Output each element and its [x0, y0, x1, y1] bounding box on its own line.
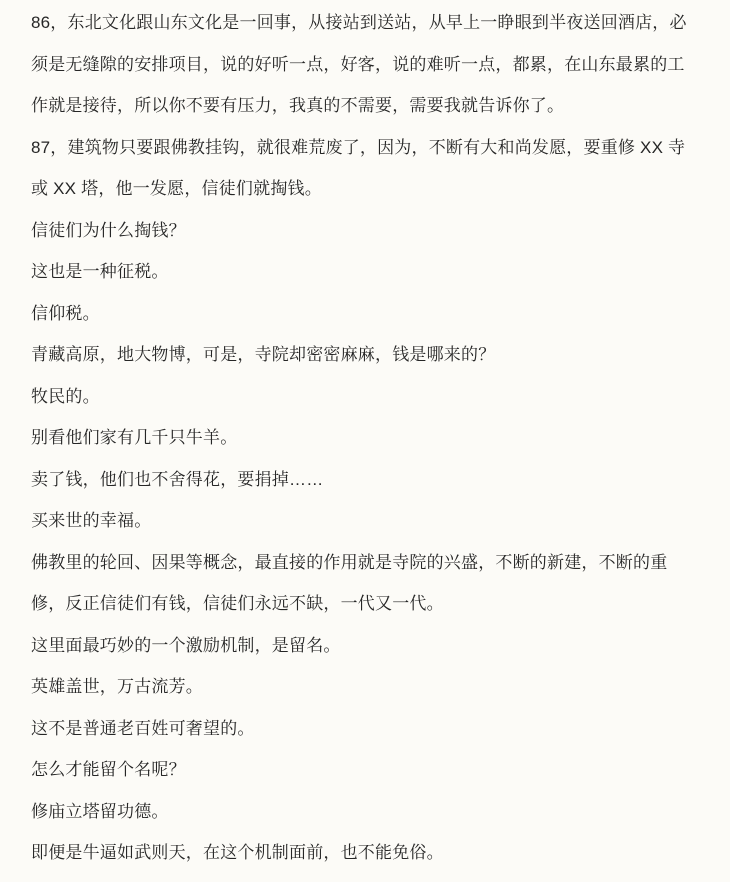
paragraph: 这不是普通老百姓可奢望的。: [31, 708, 697, 750]
paragraph: 牧民的。: [31, 376, 697, 418]
paragraph: 佛教里的轮回、因果等概念，最直接的作用就是寺院的兴盛，不断的新建，不断的重修，反…: [31, 542, 697, 625]
paragraph: 别看他们家有几千只牛羊。: [31, 417, 697, 459]
paragraph: 这也是一种征税。: [31, 251, 697, 293]
paragraph: 卖了钱，他们也不舍得花，要捐掉……: [31, 459, 697, 501]
paragraph: 信徒们为什么掏钱？: [31, 210, 697, 252]
paragraph: 青藏高原，地大物博，可是，寺院却密密麻麻，钱是哪来的？: [31, 334, 697, 376]
paragraph: 买来世的幸福。: [31, 500, 697, 542]
paragraph-86: 86，东北文化跟山东文化是一回事，从接站到送站，从早上一睁眼到半夜送回酒店，必须…: [31, 2, 697, 127]
paragraph: 即便是牛逼如武则天，在这个机制面前，也不能免俗。: [31, 832, 697, 874]
paragraph: 修庙立塔留功德。: [31, 791, 697, 833]
paragraph: 怎么才能留个名呢？: [31, 749, 697, 791]
paragraph: 这里面最巧妙的一个激励机制，是留名。: [31, 625, 697, 667]
paragraph: 信仰税。: [31, 293, 697, 335]
paragraph-87: 87，建筑物只要跟佛教挂钩，就很难荒废了，因为，不断有大和尚发愿，要重修 XX …: [31, 127, 697, 210]
document-page: 86，东北文化跟山东文化是一回事，从接站到送站，从早上一睁眼到半夜送回酒店，必须…: [0, 0, 730, 882]
paragraph: 英雄盖世，万古流芳。: [31, 666, 697, 708]
